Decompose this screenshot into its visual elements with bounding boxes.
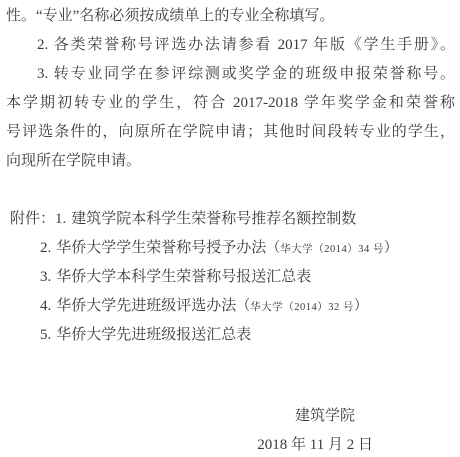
attachment-item: 附件：1.建筑学院本科学生荣誉称号推荐名额控制数 bbox=[6, 205, 455, 234]
attachment-item-number: 4. bbox=[40, 298, 51, 314]
attachment-item-title: 建筑学院本科学生荣誉称号推荐名额控制数 bbox=[71, 211, 356, 227]
attachments-section: 附件：1.建筑学院本科学生荣誉称号推荐名额控制数 2.华侨大学学生荣誉称号授予办… bbox=[6, 205, 455, 350]
blank-line bbox=[6, 376, 455, 402]
body-line: 性。“专业”名称必须按成绩单上的专业全称填写。 bbox=[6, 2, 455, 31]
attachment-item-number: 2. bbox=[40, 240, 51, 256]
attachment-item-title: 华侨大学先进班级评选办法 bbox=[56, 298, 236, 314]
attachment-note-open: （ bbox=[266, 241, 280, 256]
attachment-item: 4.华侨大学先进班级评选办法（华大学（2014）32 号） bbox=[6, 292, 455, 321]
signature-block: 建筑学院 2018 年 11 月 2 日 bbox=[6, 402, 455, 457]
signature-org: 建筑学院 bbox=[6, 402, 455, 431]
attachment-note-close: ） bbox=[384, 241, 398, 256]
blank-line bbox=[6, 176, 455, 205]
attachment-item-number: 1. bbox=[55, 211, 66, 227]
attachment-note-close: ） bbox=[354, 299, 368, 314]
attachment-item-number: 5. bbox=[40, 327, 51, 343]
attachment-item: 3.华侨大学本科学生荣誉称号报送汇总表 bbox=[6, 263, 455, 292]
attachment-item: 5.华侨大学先进班级报送汇总表 bbox=[6, 321, 455, 350]
attachment-item: 2.华侨大学学生荣誉称号授予办法（华大学（2014）34 号） bbox=[6, 234, 455, 263]
attachment-item-title: 华侨大学先进班级报送汇总表 bbox=[56, 327, 251, 343]
attachment-note-open: （ bbox=[236, 299, 250, 314]
attachment-item-number: 3. bbox=[40, 269, 51, 285]
attachment-note: 华大学（2014）32 号 bbox=[250, 302, 354, 313]
attachment-item-title: 华侨大学本科学生荣誉称号报送汇总表 bbox=[56, 269, 311, 285]
body-line: 向现所在学院申请。 bbox=[6, 147, 455, 176]
blank-line bbox=[6, 350, 455, 376]
signature-date: 2018 年 11 月 2 日 bbox=[6, 431, 455, 457]
body-line: 3. 转专业同学在参评综测或奖学金的班级申报荣誉称号。 bbox=[6, 60, 455, 89]
body-line: 号评选条件的，向原所在学院申请；其他时间段转专业的学生， bbox=[6, 118, 455, 147]
attachments-label: 附件： bbox=[10, 211, 55, 227]
document-page: 性。“专业”名称必须按成绩单上的专业全称填写。 2. 各类荣誉称号评选办法请参看… bbox=[0, 0, 460, 457]
attachment-item-title: 华侨大学学生荣誉称号授予办法 bbox=[56, 240, 266, 256]
body-line: 2. 各类荣誉称号评选办法请参看 2017 年版《学生手册》。 bbox=[6, 31, 455, 60]
attachment-note: 华大学（2014）34 号 bbox=[280, 244, 384, 255]
body-line: 本学期初转专业的学生，符合 2017-2018 学年奖学金和荣誉称 bbox=[6, 89, 455, 118]
